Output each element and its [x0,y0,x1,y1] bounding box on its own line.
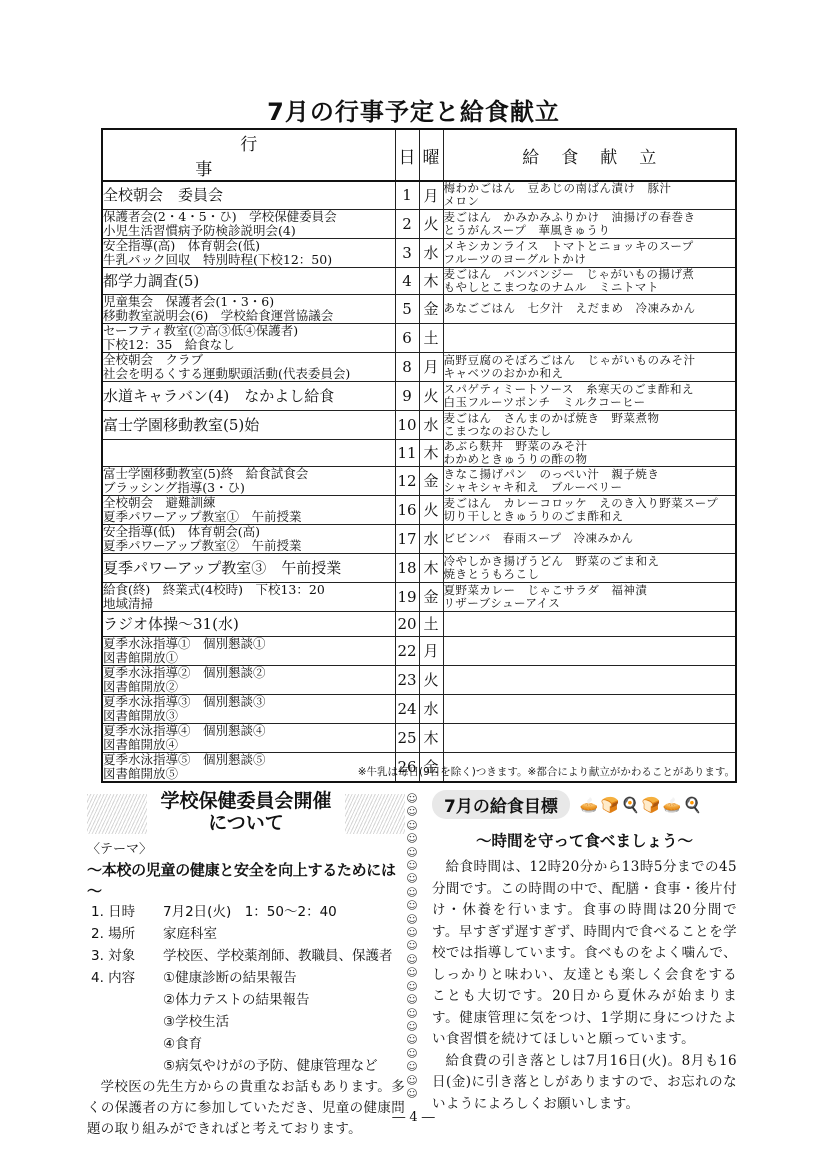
event-cell: 夏季水泳指導③ 個別懇談③図書館開放③ [102,694,395,723]
date-cell: 11 [395,439,419,466]
smiley-icon: ☺ [406,1060,417,1073]
table-row: 夏季パワーアップ教室③ 午前授業18木冷やしかき揚げうどん 野菜のごま和え焼きと… [102,553,736,582]
event-line: 全校朝会 委員会 [103,188,395,202]
schedule-body: 全校朝会 委員会1月梅わかごはん 豆あじの南ばん漬け 豚汁メロン保護者会(2・4… [102,181,736,782]
menu-line: 高野豆腐のそぼろごはん じゃがいものみそ汁 [444,354,736,367]
table-row: 安全指導(低) 体育朝会(高)夏季パワーアップ教室② 午前授業17水ビビンバ 春… [102,524,736,553]
date-cell: 5 [395,294,419,323]
menu-cell: あなごごはん 七夕汁 えだまめ 冷凍みかん [443,294,736,323]
menu-cell: 麦ごはん バンバンジー じゃがいもの揚げ煮もやしとこまつなのナムル ミニトマト [443,267,736,294]
event-cell: 全校朝会 クラブ社会を明るくする運動駅頭活動(代表委員会) [102,352,395,381]
date-cell: 23 [395,665,419,694]
date-cell: 4 [395,267,419,294]
details-list: 1. 日時7月2日(火) 1：50～2：40 2. 場所家庭科室 3. 対象学校… [87,901,405,1077]
event-line: 夏季水泳指導① 個別懇談① [103,637,395,651]
weekday-cell: 水 [419,694,443,723]
event-line: 下校12：35 給食なし [103,338,395,352]
menu-line: あなごごはん 七夕汁 えだまめ 冷凍みかん [444,302,736,315]
smiley-icon: ☺ [406,886,417,899]
menu-cell: 麦ごはん かみかみふりかけ 油揚げの春巻きとうがんスープ 華風きゅうり [443,209,736,238]
event-cell: 全校朝会 委員会 [102,181,395,209]
table-row: 富士学園移動教室(5)始10水麦ごはん さんまのかば焼き 野菜煮物こまつなのおひ… [102,410,736,439]
event-cell: 給食(終) 終業式(4校時) 下校13：20地域清掃 [102,582,395,611]
weekday-cell: 月 [419,352,443,381]
menu-cell [443,611,736,636]
menu-line: スパゲティミートソース 糸寒天のごま酢和え [444,383,736,396]
table-header-row: 行事 日 曜 給食献立 [102,129,736,181]
menu-line: 麦ごはん バンバンジー じゃがいもの揚げ煮 [444,268,736,281]
weekday-cell: 金 [419,294,443,323]
date-cell: 24 [395,694,419,723]
detail-audience: 3. 対象学校医、学校薬剤師、教職員、保護者 [87,945,405,967]
weekday-cell: 木 [419,723,443,752]
hatch-decoration-right [345,794,405,834]
header-menu: 給食献立 [443,129,736,181]
smiley-icon: ☺ [406,1007,417,1020]
smiley-icon: ☺ [406,792,417,805]
menu-cell [443,323,736,352]
smiley-icon: ☺ [406,1020,417,1033]
menu-cell [443,665,736,694]
smiley-icon: ☺ [406,846,417,859]
committee-paragraph: 学校医の先生方からの貴重なお話もあります。多くの保護者の方に参加していただき、児… [87,1077,405,1140]
menu-line: もやしとこまつなのナムル ミニトマト [444,281,736,294]
event-line: 全校朝会 避難訓練 [103,496,395,510]
event-cell: 夏季パワーアップ教室③ 午前授業 [102,553,395,582]
table-row: 夏季水泳指導④ 個別懇談④図書館開放④25木 [102,723,736,752]
page-number: ― 4 ― [0,1110,827,1125]
smiley-icon: ☺ [406,832,417,845]
menu-cell [443,723,736,752]
weekday-cell: 金 [419,582,443,611]
smiley-icon: ☺ [406,980,417,993]
theme-label: 〈テーマ〉 [87,838,405,857]
menu-line: あぶら麩丼 野菜のみそ汁 [444,440,736,453]
menu-cell [443,694,736,723]
header-weekday: 曜 [419,129,443,181]
table-row: 全校朝会 クラブ社会を明るくする運動駅頭活動(代表委員会)8月高野豆腐のそぼろご… [102,352,736,381]
smiley-icon: ☺ [406,819,417,832]
weekday-cell: 金 [419,466,443,495]
event-line: 富士学園移動教室(5)始 [103,418,395,432]
theme-text: ～本校の児童の健康と安全を向上するためには～ [87,859,405,901]
food-icons: 🥧🍞🍳🍞🥧🍳 [580,796,704,814]
date-cell: 8 [395,352,419,381]
menu-line: メキシカンライス トマトとニョッキのスープ [444,240,736,253]
menu-cell: ビビンバ 春雨スープ 冷凍みかん [443,524,736,553]
smiley-icon: ☺ [406,1074,417,1087]
weekday-cell: 水 [419,524,443,553]
menu-line: 麦ごはん さんまのかば焼き 野菜煮物 [444,412,736,425]
menu-line: 麦ごはん かみかみふりかけ 油揚げの春巻き [444,211,736,224]
menu-cell: 梅わかごはん 豆あじの南ばん漬け 豚汁メロン [443,181,736,209]
page-title: 7月の行事予定と給食献立 [0,92,827,127]
event-line: セーフティ教室(②高③低④保護者) [103,324,395,338]
event-cell [102,439,395,466]
menu-line: 冷やしかき揚げうどん 野菜のごま和え [444,555,736,568]
event-line: 地域清掃 [103,597,395,611]
menu-line: とうがんスープ 華風きゅうり [444,224,736,237]
weekday-cell: 木 [419,553,443,582]
date-cell: 10 [395,410,419,439]
weekday-cell: 水 [419,238,443,267]
menu-line: 焼きとうもろこし [444,568,736,581]
date-cell: 12 [395,466,419,495]
event-line: 牛乳パック回収 特別時程(下校12：50) [103,253,395,267]
date-cell: 2 [395,209,419,238]
weekday-cell: 月 [419,636,443,665]
menu-cell: 高野豆腐のそぼろごはん じゃがいものみそ汁キャベツのおかか和え [443,352,736,381]
table-row: 都学力調査(5)4木麦ごはん バンバンジー じゃがいもの揚げ煮もやしとこまつなの… [102,267,736,294]
table-row: 夏季水泳指導③ 個別懇談③図書館開放③24水 [102,694,736,723]
event-cell: 保護者会(2・4・5・ひ) 学校保健委員会小児生活習慣病予防検診説明会(4) [102,209,395,238]
event-line: 図書館開放④ [103,738,395,752]
menu-cell: あぶら麩丼 野菜のみそ汁わかめときゅうりの酢の物 [443,439,736,466]
content-item: ④食育 [87,1033,405,1055]
event-line: 全校朝会 クラブ [103,353,395,367]
detail-datetime: 1. 日時7月2日(火) 1：50～2：40 [87,901,405,923]
section-title: 学校保健委員会開催 について [87,790,405,834]
table-row: 保護者会(2・4・5・ひ) 学校保健委員会小児生活習慣病予防検診説明会(4)2火… [102,209,736,238]
table-row: 給食(終) 終業式(4校時) 下校13：20地域清掃19金夏野菜カレー じゃこサ… [102,582,736,611]
table-row: ラジオ体操～31(水)20土 [102,611,736,636]
header-date: 日 [395,129,419,181]
menu-line: 切り干しときゅうりのごま酢和え [444,510,736,523]
event-line: ラジオ体操～31(水) [103,617,395,631]
event-line: ブラッシング指導(3・ひ) [103,481,395,495]
menu-line: こまつなのおひたし [444,425,736,438]
event-line: 夏季水泳指導③ 個別懇談③ [103,695,395,709]
menu-line: メロン [444,195,736,208]
table-row: 全校朝会 避難訓練夏季パワーアップ教室① 午前授業16火麦ごはん カレーコロッケ… [102,495,736,524]
health-committee-section: 学校保健委員会開催 について 〈テーマ〉 ～本校の児童の健康と安全を向上するため… [87,790,405,1140]
menu-line: きなこ揚げパン のっぺい汁 親子焼き [444,468,736,481]
table-row: 夏季水泳指導① 個別懇談①図書館開放①22月 [102,636,736,665]
weekday-cell: 月 [419,181,443,209]
event-line: 移動教室説明会(6) 学校給食運営協議会 [103,309,395,323]
event-cell: 水道キャラバン(4) なかよし給食 [102,381,395,410]
smiley-icon: ☺ [406,993,417,1006]
weekday-cell: 火 [419,665,443,694]
smiley-icon: ☺ [406,859,417,872]
smiley-icon: ☺ [406,926,417,939]
event-line: 社会を明るくする運動駅頭活動(代表委員会) [103,367,395,381]
event-line: 小児生活習慣病予防検診説明会(4) [103,224,395,238]
date-cell: 16 [395,495,419,524]
weekday-cell: 水 [419,410,443,439]
menu-line: 夏野菜カレー じゃこサラダ 福神漬 [444,584,736,597]
lunch-goal-body: 給食時間は、12時20分から13時5分までの45分間です。この時間の中で、配膳・… [432,857,737,1115]
smiley-icon: ☺ [406,939,417,952]
weekday-cell: 土 [419,323,443,352]
date-cell: 1 [395,181,419,209]
smiley-icon: ☺ [406,899,417,912]
table-row: 11木あぶら麩丼 野菜のみそ汁わかめときゅうりの酢の物 [102,439,736,466]
table-row: 水道キャラバン(4) なかよし給食9火スパゲティミートソース 糸寒天のごま酢和え… [102,381,736,410]
event-cell: 富士学園移動教室(5)終 給食試食会ブラッシング指導(3・ひ) [102,466,395,495]
smiley-icon: ☺ [406,1047,417,1060]
date-cell: 17 [395,524,419,553]
smiley-icon: ☺ [406,872,417,885]
event-cell: 全校朝会 避難訓練夏季パワーアップ教室① 午前授業 [102,495,395,524]
menu-line: ビビンバ 春雨スープ 冷凍みかん [444,532,736,545]
content-item: ②体力テストの結果報告 [87,989,405,1011]
hatch-decoration-left [87,794,147,834]
event-cell: セーフティ教室(②高③低④保護者)下校12：35 給食なし [102,323,395,352]
event-line: 図書館開放① [103,651,395,665]
table-row: セーフティ教室(②高③低④保護者)下校12：35 給食なし6土 [102,323,736,352]
menu-line: シャキシャキ和え ブルーベリー [444,481,736,494]
event-cell: 都学力調査(5) [102,267,395,294]
smiley-icon: ☺ [406,913,417,926]
lunch-fee-paragraph: 給食費の引き落としは7月16日(火)。8月も16日(金)に引き落としがありますの… [432,1051,737,1116]
menu-cell: 麦ごはん カレーコロッケ えのき入り野菜スープ切り干しときゅうりのごま酢和え [443,495,736,524]
menu-cell [443,636,736,665]
content-item: ③学校生活 [87,1011,405,1033]
detail-place: 2. 場所家庭科室 [87,923,405,945]
header-events: 行事 [102,129,395,181]
event-line: 安全指導(低) 体育朝会(高) [103,525,395,539]
smiley-icon: ☺ [406,953,417,966]
date-cell: 20 [395,611,419,636]
event-line: 水道キャラバン(4) なかよし給食 [103,389,395,403]
table-row: 夏季水泳指導② 個別懇談②図書館開放②23火 [102,665,736,694]
event-line: 児童集会 保護者会(1・3・6) [103,295,395,309]
footnote: ※牛乳は毎日(9日を除く)つきます。※都合により献立がかわることがあります。 [250,764,735,779]
date-cell: 6 [395,323,419,352]
menu-cell: きなこ揚げパン のっぺい汁 親子焼きシャキシャキ和え ブルーベリー [443,466,736,495]
weekday-cell: 木 [419,267,443,294]
event-line: 夏季パワーアップ教室① 午前授業 [103,510,395,524]
menu-line: フルーツのヨーグルトかけ [444,253,736,266]
event-cell: 夏季水泳指導④ 個別懇談④図書館開放④ [102,723,395,752]
table-row: 児童集会 保護者会(1・3・6)移動教室説明会(6) 学校給食運営協議会5金あな… [102,294,736,323]
smiley-icon: ☺ [406,805,417,818]
table-row: 全校朝会 委員会1月梅わかごはん 豆あじの南ばん漬け 豚汁メロン [102,181,736,209]
lunch-goal-title: 7月の給食目標 [432,790,570,819]
date-cell: 9 [395,381,419,410]
menu-cell: 麦ごはん さんまのかば焼き 野菜煮物こまつなのおひたし [443,410,736,439]
menu-cell: 夏野菜カレー じゃこサラダ 福神漬リザーブシューアイス [443,582,736,611]
lunch-goal-subtitle: ～時間を守って食べましょう～ [432,829,737,851]
date-cell: 18 [395,553,419,582]
table-row: 富士学園移動教室(5)終 給食試食会ブラッシング指導(3・ひ)12金きなこ揚げパ… [102,466,736,495]
smiley-icon: ☺ [406,1087,417,1100]
weekday-cell: 火 [419,209,443,238]
content-item: ⑤病気やけがの予防、健康管理など [87,1055,405,1077]
event-line: 保護者会(2・4・5・ひ) 学校保健委員会 [103,210,395,224]
weekday-cell: 木 [419,439,443,466]
detail-content: 4. 内容①健康診断の結果報告 [87,967,405,989]
event-line: 夏季パワーアップ教室③ 午前授業 [103,561,395,575]
event-line: 図書館開放② [103,680,395,694]
event-line: 夏季水泳指導④ 個別懇談④ [103,724,395,738]
smiley-icon: ☺ [406,1033,417,1046]
event-line: 夏季水泳指導② 個別懇談② [103,666,395,680]
menu-cell: メキシカンライス トマトとニョッキのスープフルーツのヨーグルトかけ [443,238,736,267]
weekday-cell: 火 [419,381,443,410]
menu-line: 麦ごはん カレーコロッケ えのき入り野菜スープ [444,497,736,510]
menu-line: わかめときゅうりの酢の物 [444,453,736,466]
event-line: 給食(終) 終業式(4校時) 下校13：20 [103,583,395,597]
lunch-goal-paragraph: 給食時間は、12時20分から13時5分までの45分間です。この時間の中で、配膳・… [432,857,737,1051]
event-line: 富士学園移動教室(5)終 給食試食会 [103,467,395,481]
table-row: 安全指導(高) 体育朝会(低)牛乳パック回収 特別時程(下校12：50)3水メキ… [102,238,736,267]
event-cell: 安全指導(低) 体育朝会(高)夏季パワーアップ教室② 午前授業 [102,524,395,553]
schedule-table: 行事 日 曜 給食献立 全校朝会 委員会1月梅わかごはん 豆あじの南ばん漬け 豚… [101,128,737,783]
smiley-icon: ☺ [406,966,417,979]
menu-cell: スパゲティミートソース 糸寒天のごま酢和え白玉フルーツポンチ ミルクコーヒー [443,381,736,410]
date-cell: 19 [395,582,419,611]
weekday-cell: 土 [419,611,443,636]
menu-line: 梅わかごはん 豆あじの南ばん漬け 豚汁 [444,182,736,195]
menu-line: リザーブシューアイス [444,597,736,610]
event-line: 図書館開放③ [103,709,395,723]
date-cell: 3 [395,238,419,267]
smiley-divider: ☺☺☺☺☺☺☺☺☺☺☺☺☺☺☺☺☺☺☺☺☺☺☺ [405,792,419,1100]
event-line: 夏季パワーアップ教室② 午前授業 [103,539,395,553]
date-cell: 25 [395,723,419,752]
event-line: 都学力調査(5) [103,274,395,288]
event-cell: ラジオ体操～31(水) [102,611,395,636]
event-cell: 安全指導(高) 体育朝会(低)牛乳パック回収 特別時程(下校12：50) [102,238,395,267]
lunch-goal-header: 7月の給食目標 🥧🍞🍳🍞🥧🍳 [432,790,737,819]
event-cell: 夏季水泳指導② 個別懇談②図書館開放② [102,665,395,694]
weekday-cell: 火 [419,495,443,524]
event-line: 安全指導(高) 体育朝会(低) [103,239,395,253]
menu-line: 白玉フルーツポンチ ミルクコーヒー [444,396,736,409]
event-cell: 富士学園移動教室(5)始 [102,410,395,439]
lunch-goal-section: 7月の給食目標 🥧🍞🍳🍞🥧🍳 ～時間を守って食べましょう～ 給食時間は、12時2… [432,790,737,1115]
menu-line: キャベツのおかか和え [444,367,736,380]
menu-cell: 冷やしかき揚げうどん 野菜のごま和え焼きとうもろこし [443,553,736,582]
date-cell: 22 [395,636,419,665]
event-cell: 夏季水泳指導① 個別懇談①図書館開放① [102,636,395,665]
event-cell: 児童集会 保護者会(1・3・6)移動教室説明会(6) 学校給食運営協議会 [102,294,395,323]
